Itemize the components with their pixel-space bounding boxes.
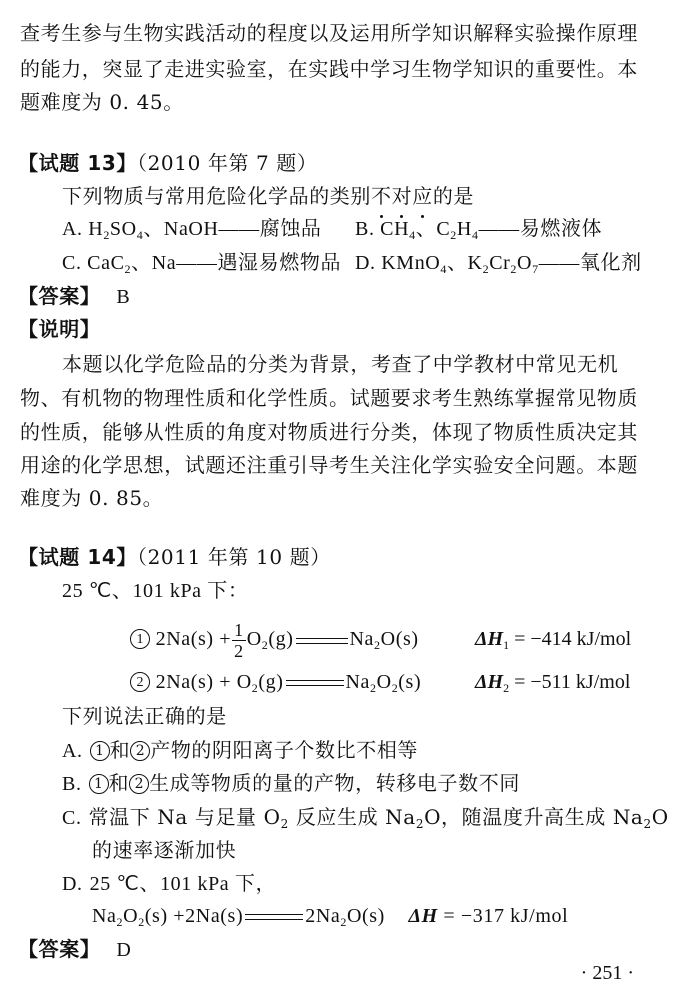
q14-option-a: A. 1和2产物的阴阳离子个数比不相等	[62, 736, 418, 765]
answer-value: B	[116, 286, 130, 308]
intro-line-2: 的能力，突显了走进实验室，在实践中学习生物学知识的重要性。本	[20, 55, 638, 83]
q13-option-b: B. CH4、C2H4——易燃液体	[355, 215, 602, 243]
numerator: 1	[232, 620, 246, 641]
equals-sign-reaction	[286, 680, 344, 686]
q13-stem: 下列物质与常用危险化学品的类别不对应的是	[62, 182, 474, 210]
q13-explain-line-5: 难度为 0. 85。	[20, 484, 163, 512]
subscript: 2	[416, 817, 424, 831]
option-label: B.	[355, 218, 375, 240]
q13-stem-tail: 的是	[433, 184, 474, 208]
q13-source: （2010 年第 7 题）	[137, 151, 318, 175]
subscript: 2	[503, 681, 509, 695]
option-label: B.	[62, 773, 82, 795]
fraction-one-half: 12	[232, 620, 246, 661]
eq-part: O	[377, 671, 392, 693]
eq-part: O(s)	[381, 628, 419, 650]
option-label: A.	[62, 740, 83, 762]
formula-part: 、C	[416, 218, 451, 240]
answer-label: 【答案】	[18, 284, 100, 308]
emphasis-dot-char: 应	[412, 182, 433, 210]
delta-h-2: ΔH2 = −511 kJ/mol	[475, 668, 630, 696]
formula-part: CH	[380, 218, 409, 240]
formula-part: CaC	[87, 252, 124, 274]
option-text: 生成等物质的量的产物，转移电子数不同	[149, 771, 520, 795]
option-label: D.	[62, 873, 83, 895]
subscript: 7	[532, 262, 539, 276]
emphasis-dot-char: 对	[392, 182, 413, 210]
q14-answer: 【答案】D	[18, 935, 131, 964]
circled-number-1: 1	[89, 774, 109, 794]
option-text: O	[652, 805, 669, 829]
q13-explain-line-3: 的性质，能够从性质的角度对物质进行分类，体现了物质性质决定其	[20, 418, 638, 446]
circled-number-2: 2	[129, 774, 149, 794]
q14-title: 【试题 14】（2011 年第 10 题）	[18, 543, 331, 571]
circled-number-1: 1	[130, 629, 150, 649]
formula-part: ——氧化剂	[539, 252, 642, 274]
q14-condition: 25 ℃、101 kPa 下：	[62, 577, 248, 605]
formula-part: ——易燃液体	[479, 218, 603, 240]
q14-stem: 下列说法正确的是	[62, 702, 227, 730]
intro-line-1: 查考生参与生物实践活动的程度以及运用所学知识解释实验操作原理	[20, 19, 638, 47]
subscript: 4	[472, 228, 479, 242]
q14-option-c-line-2: 的速率逐渐加快	[92, 836, 236, 864]
delta-h-1: ΔH1 = −414 kJ/mol	[475, 628, 631, 651]
circled-number-2: 2	[130, 741, 150, 761]
option-text: O，随温度升高生成 Na	[424, 805, 643, 829]
delta-h-value: = −317 kJ/mol	[443, 905, 568, 927]
q13-option-a: A. H2SO4、NaOH——腐蚀品	[62, 215, 322, 243]
eq-part: 2Na(s) +	[156, 628, 232, 650]
formula-part: SO	[110, 218, 137, 240]
q13-option-d: D. KMnO4、K2Cr2O7——氧化剂	[355, 249, 642, 277]
q13-stem-text: 下列物质与常用危险化学品的类别	[62, 184, 371, 208]
q13-answer: 【答案】B	[18, 282, 130, 311]
formula-part: 、NaOH——腐蚀品	[143, 218, 321, 240]
equation-1: 1 2Na(s) +12O2(g)Na2O(s)	[130, 620, 419, 661]
q14-option-c: C. 常温下 Na 与足量 O2 反应生成 Na2O，随温度升高生成 Na2O	[62, 803, 669, 832]
formula-part: Cr	[489, 252, 510, 274]
intro-line-3: 题难度为 0. 45。	[20, 88, 184, 116]
delta-h-symbol: ΔH	[475, 628, 503, 650]
q13-title: 【试题 13】（2010 年第 7 题）	[18, 149, 318, 177]
circled-number-2: 2	[130, 672, 150, 692]
subscript: 2	[643, 817, 651, 831]
option-text: 和	[110, 738, 131, 762]
q14-option-d-equation: Na2O2(s) +2Na(s)2Na2O(s) ΔH = −317 kJ/mo…	[92, 902, 568, 930]
subscript: 2	[281, 817, 289, 831]
subscript: 2	[370, 681, 377, 695]
eq-part: Na	[92, 905, 117, 927]
q13-explain-line-1: 本题以化学危险品的分类为背景，考查了中学教材中常见无机	[62, 350, 618, 378]
eq-part: (s) +2Na(s)	[145, 905, 243, 927]
q14-header: 【试题 14】	[18, 545, 137, 569]
emphasis-dot-char: 不	[371, 182, 392, 210]
q14-source: （2011 年第 10 题）	[137, 545, 331, 569]
formula-part: 、Na——遇湿易燃物品	[131, 252, 341, 274]
option-text: 常温下 Na 与足量 O	[89, 805, 281, 829]
eq-part: 2Na(s) + O	[156, 671, 252, 693]
eq-part: (g)	[268, 628, 293, 650]
formula-part: KMnO	[381, 252, 440, 274]
subscript: 2	[374, 638, 381, 652]
delta-h-symbol: ΔH	[475, 671, 503, 693]
page-number: · 251 ·	[581, 962, 634, 985]
eq-part: Na	[346, 671, 371, 693]
eq-part: O(s)	[347, 905, 385, 927]
option-label: A.	[62, 218, 83, 240]
eq-part: O	[123, 905, 138, 927]
q14-option-d: D. 25 ℃、101 kPa 下，	[62, 869, 276, 898]
equals-sign-reaction	[296, 638, 348, 644]
eq-part: 2Na	[305, 905, 340, 927]
equation-2: 2 2Na(s) + O2(g)Na2O2(s)	[130, 668, 421, 696]
subscript: 2	[450, 228, 457, 242]
eq-part: (s)	[398, 671, 421, 693]
delta-h-symbol: ΔH	[409, 905, 438, 927]
subscript: 2	[103, 228, 110, 242]
denominator: 2	[232, 641, 246, 661]
subscript: 4	[440, 262, 447, 276]
formula-part: H	[88, 218, 103, 240]
option-label: D.	[355, 252, 376, 274]
option-label: C.	[62, 807, 82, 829]
q13-header: 【试题 13】	[18, 151, 137, 175]
eq-part: O	[247, 628, 262, 650]
q13-option-c: C. CaC2、Na——遇湿易燃物品	[62, 249, 341, 277]
q14-option-b: B. 1和2生成等物质的量的产物，转移电子数不同	[62, 769, 520, 798]
q13-explain-line-2: 物、有机物的物理性质和化学性质。试题要求考生熟练掌握常见物质	[20, 384, 638, 412]
eq-part: (g)	[258, 671, 283, 693]
option-text: 产物的阴阳离子个数比不相等	[150, 738, 418, 762]
option-label: C.	[62, 252, 82, 274]
option-text: 反应生成 Na	[289, 805, 416, 829]
q13-explain-label: 【说明】	[18, 315, 100, 343]
answer-value: D	[116, 939, 131, 961]
delta-h-value: = −511 kJ/mol	[514, 671, 630, 693]
subscript: 4	[409, 228, 416, 242]
subscript: 2	[340, 915, 347, 929]
formula-part: O	[517, 252, 532, 274]
equals-sign-reaction	[245, 914, 303, 920]
q13-explain-line-4: 用途的化学思想，试题还注重引导考生关注化学实验安全问题。本题	[20, 451, 638, 479]
option-text: 25 ℃、101 kPa 下，	[90, 873, 276, 895]
answer-label: 【答案】	[18, 937, 100, 961]
eq-part: Na	[350, 628, 375, 650]
option-text: 和	[109, 771, 130, 795]
subscript: 2	[138, 915, 145, 929]
formula-part: H	[457, 218, 472, 240]
formula-part: 、K	[447, 252, 483, 274]
delta-h-d: ΔH = −317 kJ/mol	[409, 905, 569, 927]
circled-number-1: 1	[90, 741, 110, 761]
subscript: 1	[503, 638, 509, 652]
delta-h-value: = −414 kJ/mol	[514, 628, 631, 650]
